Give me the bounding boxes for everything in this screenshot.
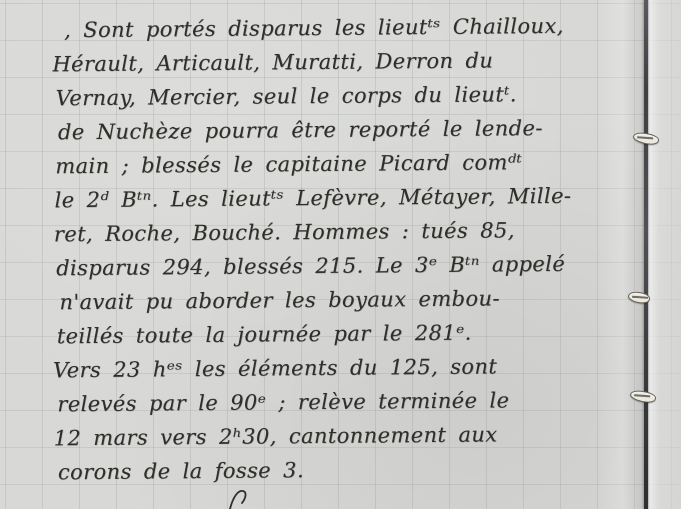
manuscript-line: disparus 294, blessés 215. Le 3ᵉ Bᵗⁿ app…: [56, 246, 640, 285]
manuscript-line: , Sont portés disparus les lieutᵗˢ Chail…: [64, 8, 638, 47]
manuscript-text-block: , Sont portés disparus les lieutᵗˢ Chail…: [0, 8, 642, 490]
manuscript-line: Hérault, Articault, Muratti, Derron du: [52, 42, 638, 81]
manuscript-line: teillés toute la journée par le 281ᵉ.: [57, 314, 641, 353]
manuscript-line: le 2ᵈ Bᵗⁿ. Les lieutᵗˢ Lefèvre, Métayer,…: [54, 178, 639, 217]
manuscript-page: , Sont portés disparus les lieutᵗˢ Chail…: [0, 0, 681, 509]
manuscript-line: relevés par le 90ᵉ ; relève terminée le: [57, 382, 641, 421]
partial-next-line-stroke: [224, 489, 258, 509]
manuscript-line: Vernay, Mercier, seul le corps du lieutᵗ…: [56, 76, 639, 115]
manuscript-line: main ; blessés le capitaine Picard comᵈᵗ: [55, 144, 639, 183]
manuscript-line: Vers 23 hᵉˢ les éléments du 125, sont: [53, 348, 641, 387]
manuscript-line: corons de la fosse 3.: [58, 450, 642, 489]
page-edge-strip: [648, 0, 681, 509]
manuscript-line: n'avait pu aborder les boyaux embou-: [59, 280, 640, 319]
manuscript-line: 12 mars vers 2ʰ30, cantonnement aux: [53, 416, 641, 455]
manuscript-line: de Nuchèze pourra être reporté le lende-: [58, 110, 639, 149]
manuscript-line: ret, Roche, Bouché. Hommes : tués 85,: [54, 212, 640, 251]
binding-edge-line: [644, 0, 648, 509]
